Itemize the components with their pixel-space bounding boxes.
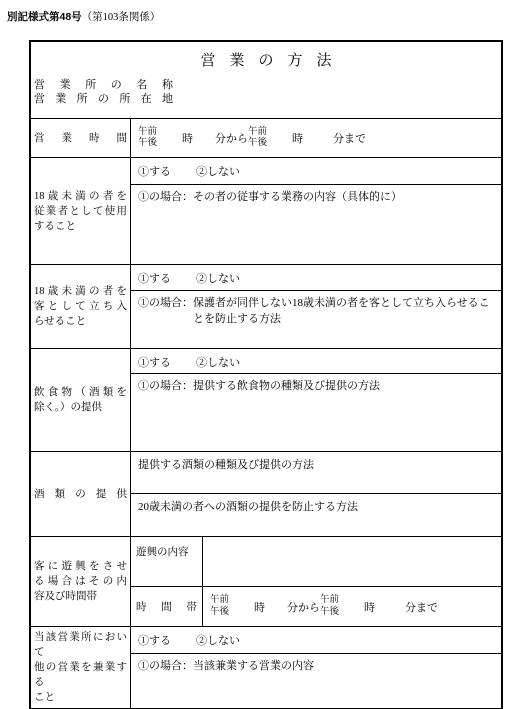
row-entertainment: 客に遊興をさせ る場合はその内 容及び時間帯 遊興の内容 時間帯 (31, 536, 501, 626)
food-drink-value-cell: ①する ②しない ①の場合： 提供する飲食物の種類及び提供の方法 (131, 349, 501, 451)
choice-dont: ②しない (196, 632, 240, 653)
row-minor-employee: 18歳未満の者を 従業者として使用 すること ①する ②しない ①の場合： その… (31, 157, 501, 264)
choice-do: ①する (138, 354, 171, 373)
choice-dont: ②しない (196, 163, 240, 184)
case-prefix: ①の場合： (138, 190, 193, 264)
choice-dont: ②しない (196, 270, 240, 290)
time-range-field: 午前 午後 時 分から 午前 午後 時 分まで (131, 127, 501, 150)
food-drink-label-cell: 飲食物（酒類を 除く。）の提供 (31, 349, 131, 451)
alcohol-prevention-row: 20歳未満の者への酒類の提供を防止する方法 (131, 493, 501, 536)
choice-do: ①する (138, 270, 171, 290)
am-label: 午前 (248, 127, 267, 139)
choice-row: ①する ②しない (131, 627, 501, 653)
pm-label: 午後 (320, 607, 339, 619)
office-address-label: 営業所の所在地 (34, 93, 173, 107)
case-prefix: ①の場合： (138, 296, 193, 348)
pm-label: 午後 (138, 138, 157, 150)
hour-label: 時 (182, 130, 193, 146)
row-label-line: る場合はその内 (34, 574, 127, 589)
entertainment-content-label: 遊興の内容 (131, 537, 203, 586)
row-label-line: こと (34, 690, 127, 705)
am-label: 午前 (320, 595, 339, 607)
minutes-to-label: 分まで (405, 599, 438, 615)
minor-employee-value-cell: ①する ②しない ①の場合： その者の従事する業務の内容（具体的に） (131, 158, 501, 264)
row-label-line: らせること (34, 314, 127, 329)
alcohol-label-cell: 酒類の提供 (31, 452, 131, 536)
business-method-table: 営業の方法 営業所の名称 営業所の所在地 営業時間 午前 午後 時 分から (29, 40, 503, 709)
row-label-line: 飲食物（酒類を (34, 385, 127, 400)
ampm-stack: 午前 午後 (210, 595, 229, 618)
case-text: 提供する飲食物の種類及び提供の方法 (193, 379, 493, 451)
business-hours-value-cell: 午前 午後 時 分から 午前 午後 時 分まで (131, 119, 501, 157)
entertainment-content-blank (203, 537, 501, 586)
minutes-from-label: 分から (215, 130, 248, 146)
hour-label: 時 (364, 599, 375, 615)
business-hours-label-cell: 営業時間 (31, 119, 131, 157)
entertainment-label-cell: 客に遊興をさせ る場合はその内 容及び時間帯 (31, 537, 131, 626)
form-number: 別記様式第48号（第103条関係） (7, 9, 160, 24)
row-label-line: 従業者として使用 (34, 204, 127, 219)
form-page: 別記様式第48号（第103条関係） 営業の方法 営業所の名称 営業所の所在地 営… (0, 0, 515, 709)
choice-row: ①する ②しない (131, 265, 501, 290)
office-labels: 営業所の名称 営業所の所在地 (34, 79, 173, 106)
minor-customer-label-cell: 18歳未満の者を 客として立ち入 らせること (31, 265, 131, 348)
case-detail-row: ①の場合： 提供する飲食物の種類及び提供の方法 (131, 373, 501, 451)
entertainment-time-label-cell: 時間帯 (131, 587, 203, 626)
row-alcohol: 酒類の提供 提供する酒類の種類及び提供の方法 20歳未満の者への酒類の提供を防止… (31, 451, 501, 536)
business-hours-label: 営業時間 (34, 131, 127, 146)
row-label-line: 除く。）の提供 (34, 400, 127, 415)
case-text: その者の従事する業務の内容（具体的に） (193, 190, 493, 264)
time-range-field: 午前 午後 時 分から 午前 午後 時 分まで (203, 595, 501, 618)
time-band-label: 時間帯 (136, 599, 197, 614)
office-name-label: 営業所の名称 (34, 79, 173, 93)
entertainment-value-cell: 遊興の内容 時間帯 午前 午後 時 分から (131, 537, 501, 626)
row-label-line: 客に遊興をさせ (34, 559, 127, 574)
row-business-hours: 営業時間 午前 午後 時 分から 午前 午後 時 分まで (31, 118, 501, 157)
minutes-to-label: 分まで (333, 130, 366, 146)
entertainment-content-row: 遊興の内容 (131, 537, 501, 586)
choice-row: ①する ②しない (131, 349, 501, 373)
alcohol-kinds-row: 提供する酒類の種類及び提供の方法 (131, 452, 501, 493)
header-cell: 営業の方法 営業所の名称 営業所の所在地 (31, 49, 501, 118)
row-label-line: 18歳未満の者を (34, 284, 127, 299)
hour-label: 時 (254, 599, 265, 615)
form-title: 営業の方法 (31, 49, 501, 70)
pm-label: 午後 (248, 138, 267, 150)
row-label-line: 当該営業所において (34, 630, 127, 660)
case-text: 当該兼業する営業の内容 (193, 659, 493, 708)
am-label: 午前 (138, 127, 157, 139)
row-label-line: 客として立ち入 (34, 299, 127, 314)
alcohol-value-cell: 提供する酒類の種類及び提供の方法 20歳未満の者への酒類の提供を防止する方法 (131, 452, 501, 536)
row-minor-customer: 18歳未満の者を 客として立ち入 らせること ①する ②しない ①の場合： 保護… (31, 264, 501, 348)
alcohol-label: 酒類の提供 (34, 487, 127, 502)
pm-label: 午後 (210, 607, 229, 619)
entertainment-time-row: 時間帯 午前 午後 時 分から 午前 午後 (131, 586, 501, 626)
am-label: 午前 (210, 595, 229, 607)
choice-row: ①する ②しない (131, 158, 501, 184)
minutes-from-label: 分から (287, 599, 320, 615)
form-number-main: 別記様式第48号 (7, 11, 82, 23)
case-detail-row: ①の場合： その者の従事する業務の内容（具体的に） (131, 184, 501, 264)
ampm-stack: 午前 午後 (320, 595, 339, 618)
choice-do: ①する (138, 163, 171, 184)
row-label-line: 他の営業を兼業する (34, 660, 127, 690)
form-number-note: （第103条関係） (82, 12, 161, 23)
row-food-drink: 飲食物（酒類を 除く。）の提供 ①する ②しない ①の場合： 提供する飲食物の種… (31, 348, 501, 451)
case-detail-row: ①の場合： 保護者が同伴しない18歳未満の者を客として立ち入らせることを防止する… (131, 290, 501, 348)
choice-dont: ②しない (196, 354, 240, 373)
side-business-label-cell: 当該営業所において 他の営業を兼業する こと (31, 627, 131, 708)
ampm-stack: 午前 午後 (138, 127, 157, 150)
hour-label: 時 (292, 130, 303, 146)
case-text: 保護者が同伴しない18歳未満の者を客として立ち入らせることを防止する方法 (193, 296, 493, 348)
minor-customer-value-cell: ①する ②しない ①の場合： 保護者が同伴しない18歳未満の者を客として立ち入ら… (131, 265, 501, 348)
minor-employee-label-cell: 18歳未満の者を 従業者として使用 すること (31, 158, 131, 264)
choice-do: ①する (138, 632, 171, 653)
side-business-value-cell: ①する ②しない ①の場合： 当該兼業する営業の内容 (131, 627, 501, 708)
case-prefix: ①の場合： (138, 659, 193, 708)
entertainment-time-value-cell: 午前 午後 時 分から 午前 午後 時 分まで (203, 587, 501, 626)
case-prefix: ①の場合： (138, 379, 193, 451)
case-detail-row: ①の場合： 当該兼業する営業の内容 (131, 653, 501, 708)
row-label-line: 容及び時間帯 (34, 589, 127, 604)
ampm-stack: 午前 午後 (248, 127, 267, 150)
row-side-business: 当該営業所において 他の営業を兼業する こと ①する ②しない ①の場合： 当該… (31, 626, 501, 708)
row-label-line: すること (34, 219, 127, 234)
row-label-line: 18歳未満の者を (34, 189, 127, 204)
